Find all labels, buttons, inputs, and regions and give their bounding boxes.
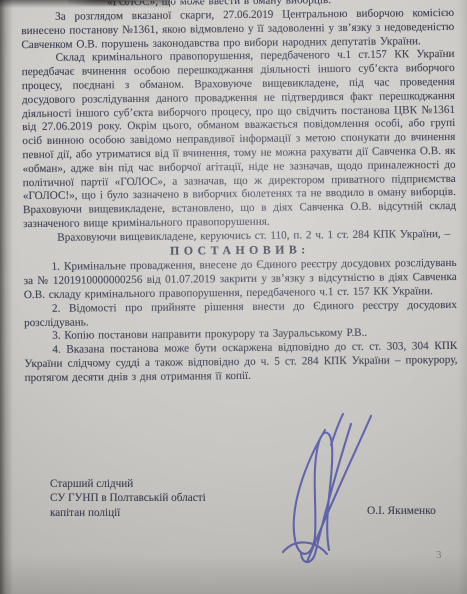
photo-shadow-bottom-edge: [0, 554, 467, 594]
resolution-item-2: 2. Відомості про прийняте рішення внести…: [24, 299, 457, 331]
scanned-document-photo: «ГОЛОС», що може ввести в оману виборців…: [0, 0, 467, 594]
document-body: «ГОЛОС», що може ввести в оману виборців…: [21, 0, 458, 386]
resolution-items: 1. Кримінальне провадження, внесене до Є…: [23, 257, 457, 385]
signer-position-line-1: Старший слідчий: [50, 477, 206, 491]
resolution-item-4: 4. Вказана постанова може бути оскаржена…: [24, 340, 457, 386]
signer-position-line-3: капітан поліції: [50, 506, 206, 520]
photo-top-smudge: [68, 0, 138, 6]
paragraph-offense-analysis: Склад кримінального правопорушення, пере…: [21, 48, 456, 232]
signer-position-block: Старший слідчий СУ ГУНП в Полтавській об…: [50, 477, 206, 520]
resolution-item-1: 1. Кримінальне провадження, внесене до Є…: [23, 257, 456, 303]
signature-ink: [255, 412, 400, 567]
photo-shadow-right-edge: [458, 0, 467, 594]
paragraph-complaint-review: За розглядом вказаної скарги, 27.06.2019…: [21, 7, 454, 53]
photo-shadow-left-edge: [0, 0, 13, 594]
signer-position-line-2: СУ ГУНП в Полтавській області: [50, 491, 206, 505]
